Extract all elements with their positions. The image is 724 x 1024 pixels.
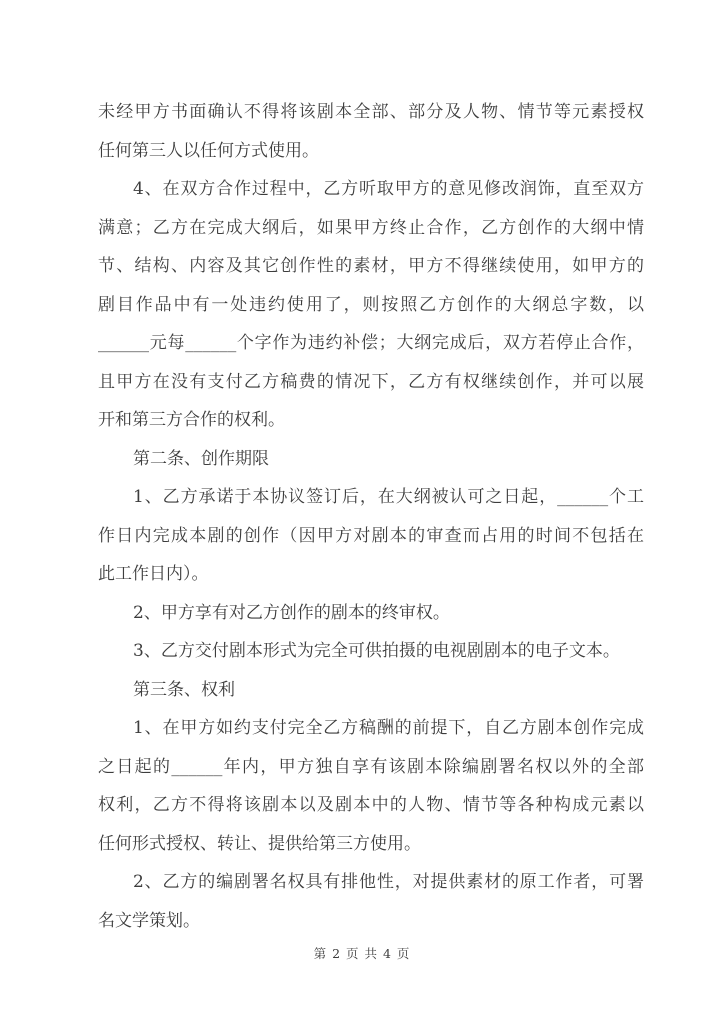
doc-line: 节、结构、内容及其它创作性的素材，甲方不得继续使用，如甲方的	[98, 247, 644, 286]
doc-line-with-blank: 之日起的______年内，甲方独自享有该剧本除编剧署名权以外的全部	[98, 748, 644, 787]
doc-line-with-blank: ______元每______个字作为违约补偿；大纲完成后，双方若停止合作，	[98, 324, 644, 363]
doc-heading-article-3: 第三条、权利	[98, 671, 644, 710]
doc-line: 任何形式授权、转让、提供给第三方使用。	[98, 825, 644, 864]
doc-line: 2、甲方享有对乙方创作的剧本的终审权。	[98, 594, 644, 633]
doc-line: 未经甲方书面确认不得将该剧本全部、部分及人物、情节等元素授权	[98, 93, 644, 132]
doc-line: 开和第三方合作的权利。	[98, 401, 644, 440]
doc-line: 权利，乙方不得将该剧本以及剧本中的人物、情节等各种构成元素以	[98, 786, 644, 825]
document-page: 未经甲方书面确认不得将该剧本全部、部分及人物、情节等元素授权 任何第三人以任何方…	[0, 0, 724, 1024]
doc-line-with-blank: 1、乙方承诺于本协议签订后，在大纲被认可之日起，______个工	[98, 478, 644, 517]
doc-heading-article-2: 第二条、创作期限	[98, 440, 644, 479]
doc-line: 满意；乙方在完成大纲后，如果甲方终止合作，乙方创作的大纲中情	[98, 209, 644, 248]
page-number-footer: 第 2 页 共 4 页	[0, 944, 724, 962]
doc-line: 任何第三人以任何方式使用。	[98, 132, 644, 171]
doc-line: 剧目作品中有一处违约使用了，则按照乙方创作的大纲总字数，以	[98, 286, 644, 325]
doc-line: 2、乙方的编剧署名权具有排他性，对提供素材的原工作者，可署	[98, 863, 644, 902]
doc-line: 此工作日内）。	[98, 555, 644, 594]
doc-line: 作日内完成本剧的创作（因甲方对剧本的审查而占用的时间不包括在	[98, 517, 644, 556]
doc-line: 且甲方在没有支付乙方稿费的情况下，乙方有权继续创作，并可以展	[98, 363, 644, 402]
doc-line: 1、在甲方如约支付完全乙方稿酬的前提下，自乙方剧本创作完成	[98, 709, 644, 748]
document-body: 未经甲方书面确认不得将该剧本全部、部分及人物、情节等元素授权 任何第三人以任何方…	[98, 93, 644, 940]
doc-line: 名文学策划。	[98, 902, 644, 941]
doc-line: 3、乙方交付剧本形式为完全可供拍摄的电视剧剧本的电子文本。	[98, 632, 644, 671]
doc-line: 4、在双方合作过程中，乙方听取甲方的意见修改润饰，直至双方	[98, 170, 644, 209]
